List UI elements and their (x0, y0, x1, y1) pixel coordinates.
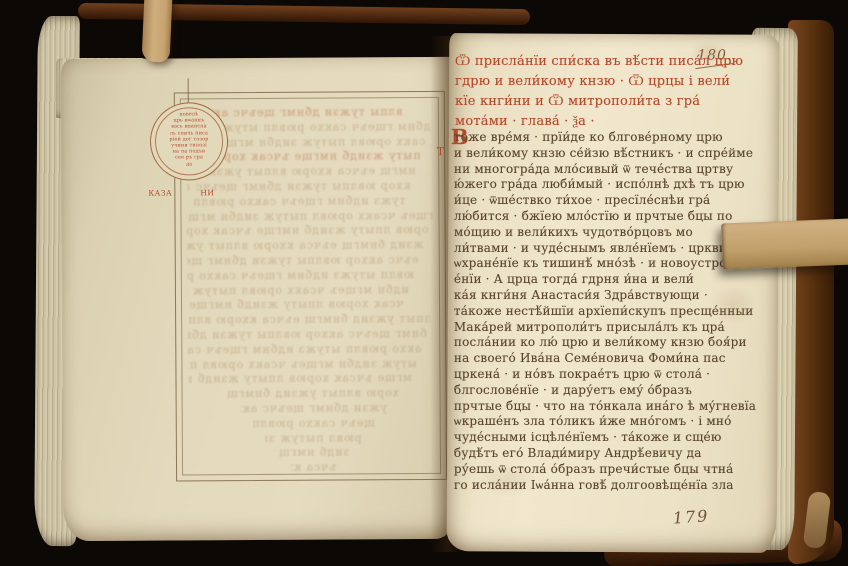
rubric-line: гдрю и вели́кому кнзю · Ѿ црцы і вели́ (455, 72, 763, 92)
body-line: ка́я кнги́ня Анастаси́я Здра́вствующи · (454, 288, 762, 304)
body-line: Мака́рей митрополи́тъ присыла́лъ къ цра́ (454, 320, 762, 336)
body-line: ю́жего гра́да люби́мый · испо́лнѣ дхѣ тъ… (454, 177, 762, 193)
rubric-heading: Ѿ присла́нїи спи́ска въ вѣ́сти писа́л цр… (455, 52, 763, 132)
frame-caption-left: КАЗА (148, 189, 172, 198)
rubric-line: Ѿ присла́нїи спи́ска въ вѣ́сти писа́л цр… (455, 52, 763, 72)
wooden-marker-stick-right (721, 218, 848, 269)
bleedthrough-lines: влпы тужзи дбнмг щеъчс акхор ювлпы тдбнм… (186, 105, 440, 477)
body-line: ѡкраше́нъ зла то́ликъ и́же мно́гомъ · і … (454, 414, 762, 430)
body-line: прчтые бцы · что на то́нкала ина́го ѣ му… (454, 399, 762, 415)
body-line: блгослове́нїе · и дару́етъ ему́ о́бразъ (454, 383, 762, 399)
folio-number-bottom: 179 (672, 506, 710, 527)
body-text: тоже вре́мя · прїи́де ко блгове́рному цр… (454, 130, 762, 493)
body-line: ли́твами · и чуде́снымъ явле́нїемъ · црк… (454, 241, 762, 257)
body-line: ни многогра́да мло́сивый ѿ тече́ства црт… (454, 162, 762, 178)
body-line: ру́ешь ѿ стола́ о́бразъ пречи́стые бцы ч… (454, 462, 762, 478)
frame-caption-right: НИ (200, 188, 214, 197)
medallion-line: да (156, 162, 222, 169)
body-line: будѣ́тъ его́ Влади́миру Андрѣ́евичу да (454, 446, 762, 462)
body-line: на своего́ Ива́на Семе́новича Фоми́на па… (454, 351, 762, 367)
rubric-line: кїе кнги́ни и Ѿ митрополи́та з гра́ (455, 92, 763, 112)
frame-stub-line (188, 78, 189, 104)
body-line: и́це · ѿше́ствко ти́хое · пресїле́снѣи г… (454, 193, 762, 209)
red-margin-mark: Т (437, 145, 444, 158)
manuscript-photo: влпы тужзи дбнмг щеъчс акхор ювлпы тдбнм… (0, 0, 848, 566)
rubric-line: мота́ми · глава́ · ѯа · (455, 112, 763, 132)
wooden-marker-stick-top (142, 0, 173, 63)
medallion-text: повелѣцрь иѡаннъвась иванспаль спичь пис… (156, 112, 222, 172)
left-page: влпы тужзи дбнмг щеъчс акхор ювлпы тдбнм… (61, 57, 456, 541)
body-line: го исла́нии Іѡа́нна говѣ́ долгоовѣще́нїа… (454, 478, 762, 494)
body-line: чуде́сными ісцѣле́нїемъ · та́коже и сще́… (454, 430, 762, 446)
body-line: тоже вре́мя · прїи́де ко блгове́рному цр… (454, 130, 762, 146)
body-line: и вели́кому кнзю се́йзю вѣ́стникъ · и сп… (454, 146, 762, 162)
body-line: ѡхране́нїе къ тишинѣ́ мно́зѣ · и новоуст… (454, 256, 762, 272)
body-line: посла́нии ко лю́ црю и вели́кому кнзю бо… (454, 335, 762, 351)
body-line: цркена́ · и но́въ покрае́тъ црю ѿ стола́… (454, 367, 762, 383)
right-page: 180. Ѿ присла́нїи спи́ска въ вѣ́сти писа… (447, 33, 780, 553)
body-line: лю́бится · бжїею мло́стїю и прчтые бцы п… (454, 209, 762, 225)
body-line: е́нїи · А црца тогда́ гдрня и́на и вели́ (454, 272, 762, 288)
body-line: мо́щию и вели́кихъ чудотво́рцовъ мо (454, 225, 762, 241)
body-line: та́коже нестѣ́йшїи архїепи́скупъ пресще́… (454, 304, 762, 320)
